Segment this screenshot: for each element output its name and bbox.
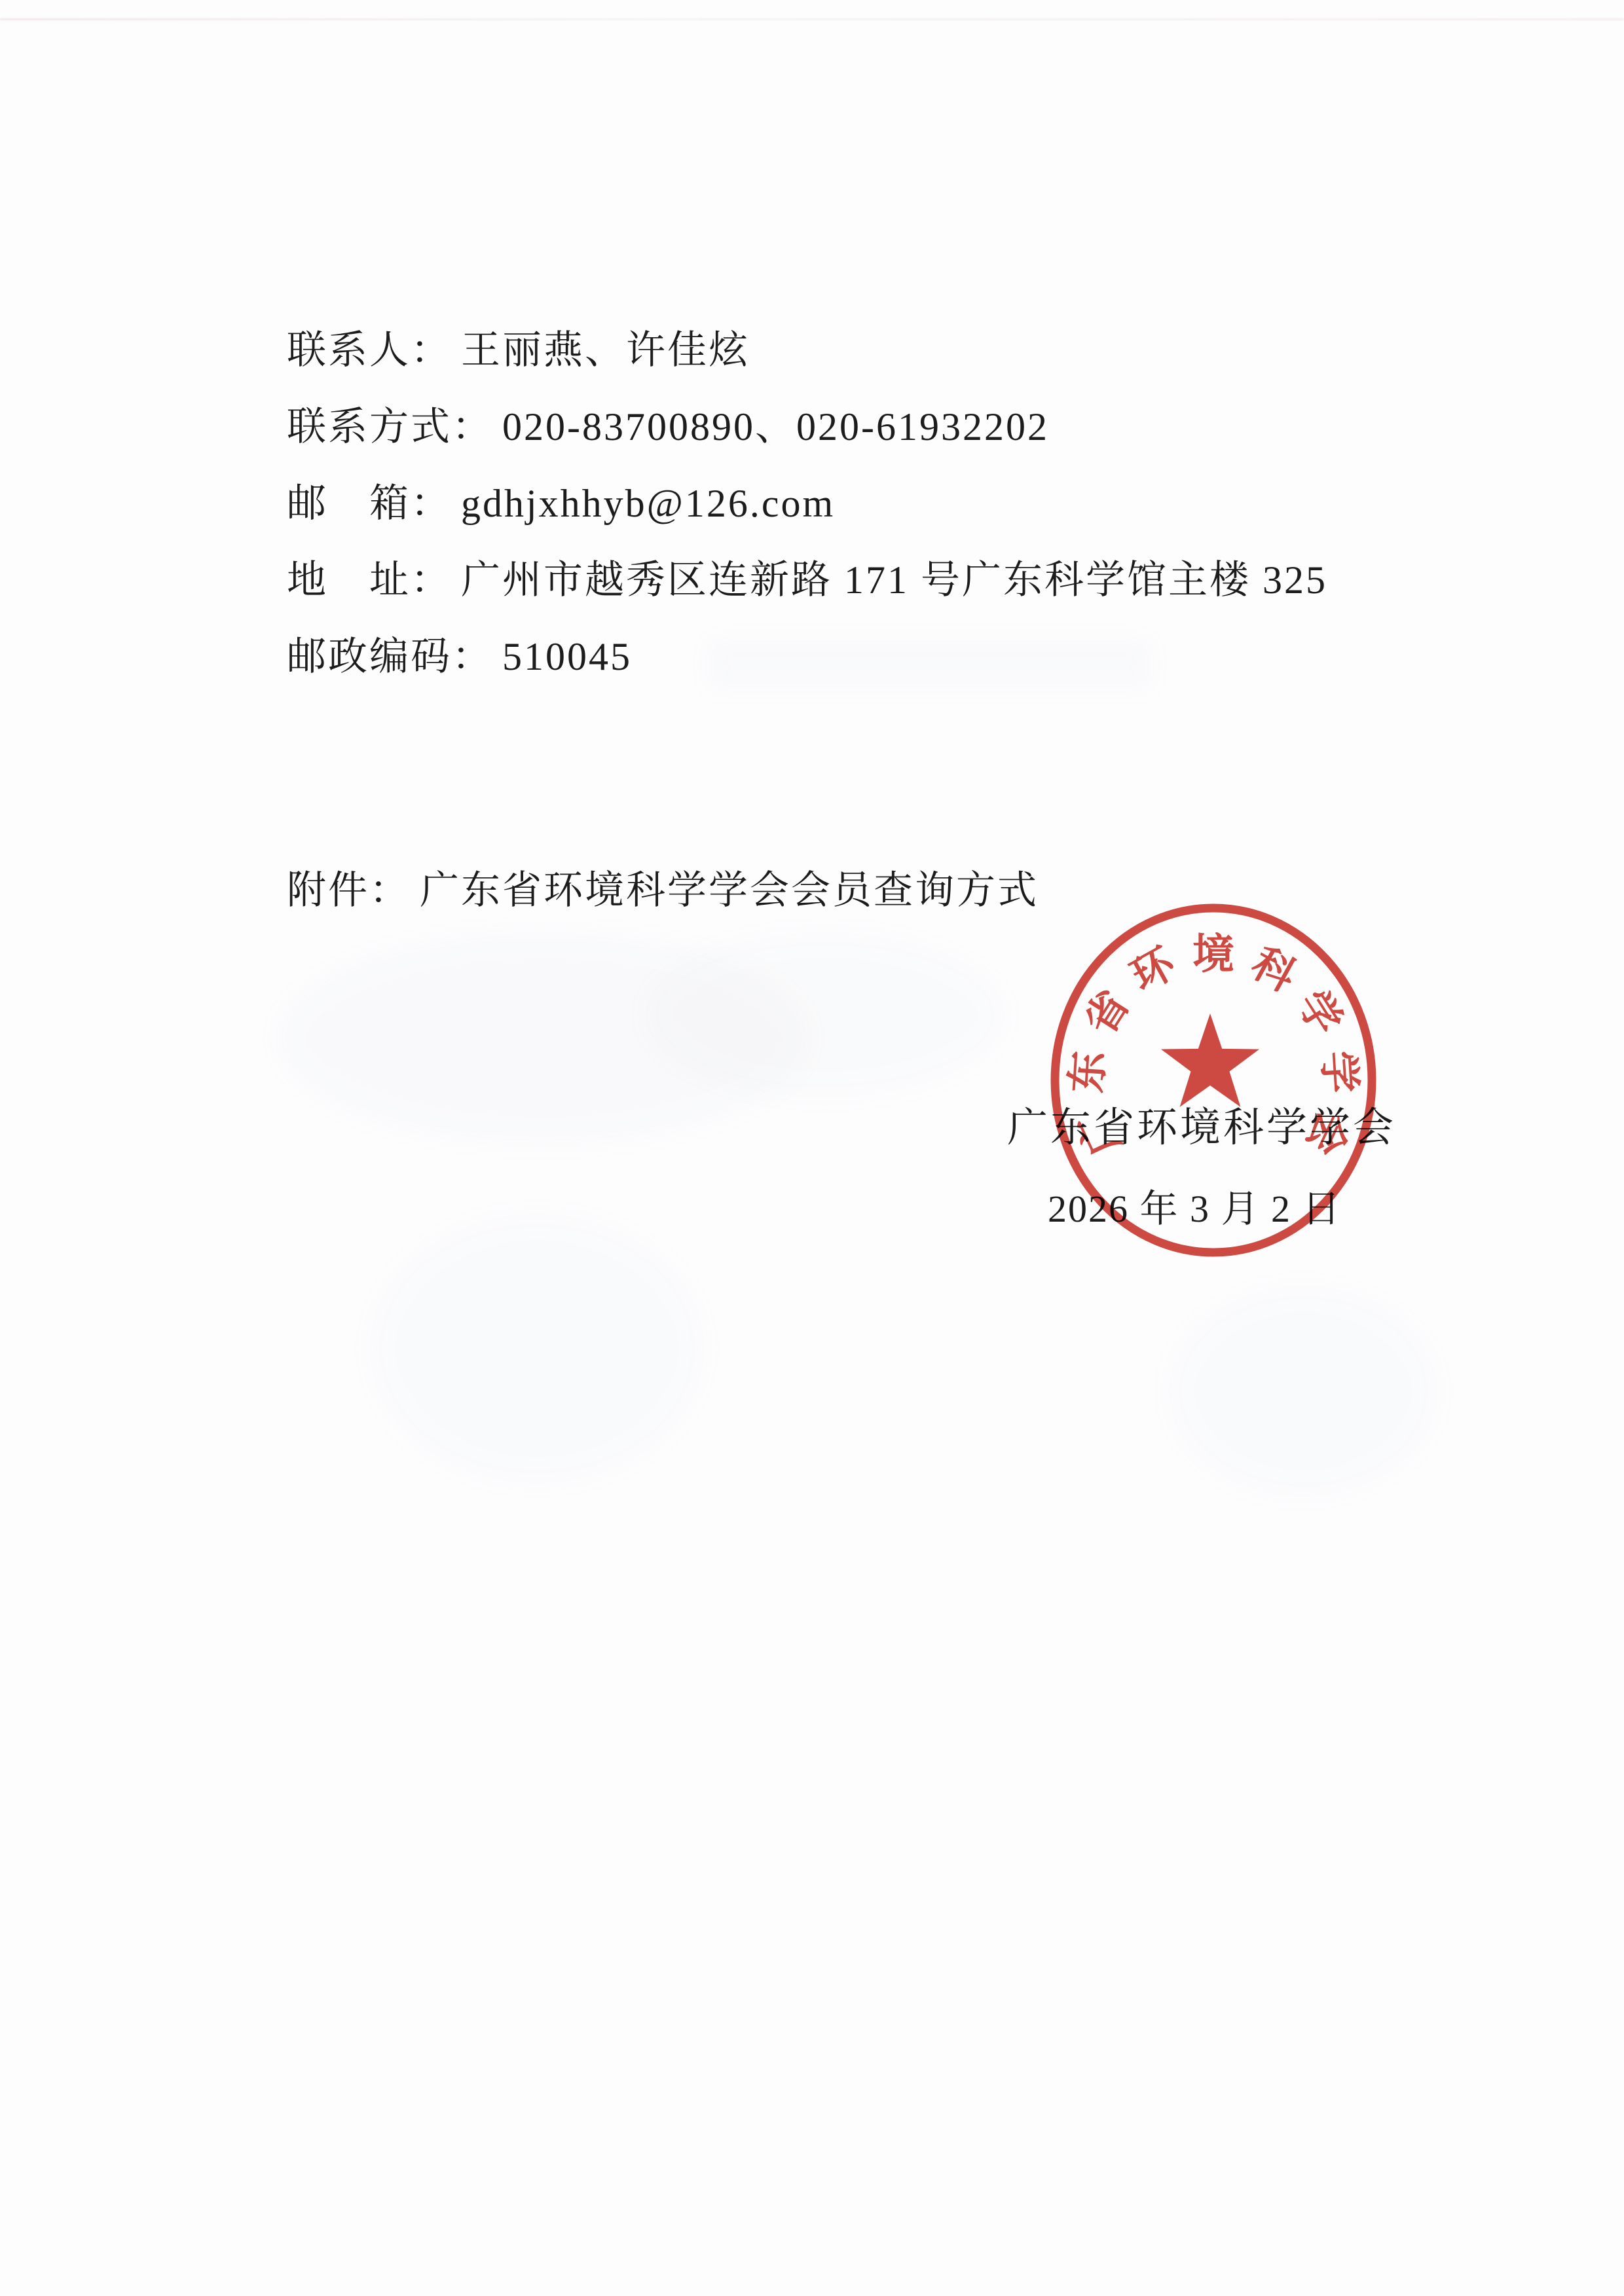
colon: ： [411,329,452,372]
scan-artifact [707,638,1153,691]
colon: ： [411,482,452,525]
seal-ring-char: 学 [1289,983,1350,1043]
postal-code-line: 邮政编码：510045 [287,637,632,676]
colon: ： [369,869,411,912]
seal-ring-char: 广 [1069,1104,1129,1162]
postal-code-label: 邮政编码 [287,635,452,678]
address-label: 地 址 [287,558,411,602]
colon: ： [452,635,493,678]
attachment-value: 广东省环境科学学会会员查询方式 [420,869,1039,912]
contact-phone-line: 联系方式：020-83700890、020-61932202 [287,407,1049,446]
scanned-letter-page: 联系人：王丽燕、许佳炫 联系方式：020-83700890、020-619322… [0,0,1624,2296]
seal-ring-char: 环 [1124,939,1184,1000]
email-value: gdhjxhhyb@126.com [461,482,835,525]
contact-person-label: 联系人 [287,329,411,372]
attachment-label: 附件 [287,869,369,912]
official-seal: 广东省环境科学学会 [1035,887,1401,1280]
scan-artifact-line [0,18,1624,20]
seal-ring-char: 学 [1314,1049,1363,1094]
attachment-line: 附件：广东省环境科学学会会员查询方式 [287,871,1039,910]
postal-code-value: 510045 [502,635,632,678]
address-value: 广州市越秀区连新路 171 号广东科学馆主楼 325 [461,558,1327,602]
address-line: 地 址：广州市越秀区连新路 171 号广东科学馆主楼 325 [287,560,1327,600]
scan-artifact [1166,1283,1441,1499]
seal-ring-char: 省 [1077,983,1138,1043]
scan-artifact [367,1211,707,1486]
colon: ： [411,558,452,602]
contact-phone-value: 020-83700890、020-61932202 [502,405,1049,448]
colon: ： [452,405,493,448]
email-line: 邮 箱：gdhjxhhyb@126.com [287,484,835,523]
contact-phone-label: 联系方式 [287,405,452,448]
star-icon [1161,1013,1259,1107]
email-label: 邮 箱 [287,482,411,525]
scan-artifact [642,930,1008,1100]
seal-ring-char: 会 [1297,1104,1357,1162]
seal-ring-char: 东 [1063,1049,1113,1094]
seal-ring-char: 科 [1244,939,1303,1000]
contact-person-value: 王丽燕、许佳炫 [461,329,750,372]
seal-ring-char: 境 [1192,932,1234,978]
contact-person-line: 联系人：王丽燕、许佳炫 [287,331,750,370]
